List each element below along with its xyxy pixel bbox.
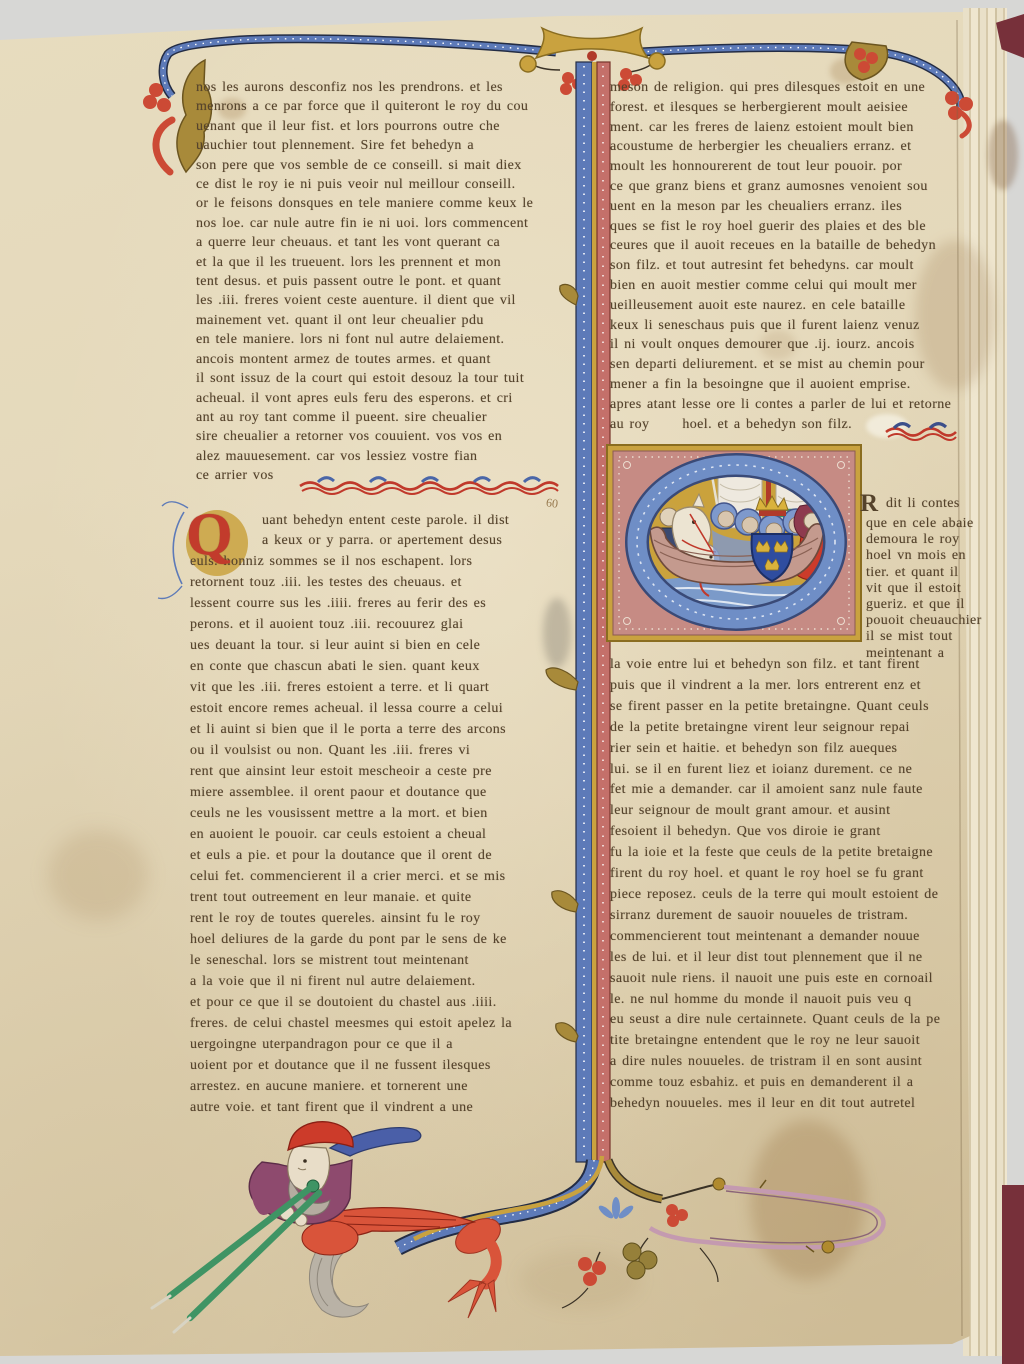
drollery-figure <box>152 1122 474 1332</box>
right-column-text-block-1: meson de religion. qui pres dilesques es… <box>610 78 951 434</box>
left-column-text-block-2: euls. honniz sommes se il nos eschapent.… <box>190 551 512 1118</box>
left-column-text-block-1: nos les aurons desconfiz nos les prendro… <box>196 78 533 486</box>
initial-r: R <box>860 490 878 518</box>
central-bar <box>576 62 610 1162</box>
bottom-vine <box>562 1160 883 1308</box>
decorated-initial-q: Q <box>186 500 233 569</box>
manuscript-photo: nos les aurons desconfiz nos les prendro… <box>0 0 1024 1364</box>
folio-number: 60 <box>545 495 559 512</box>
right-column-text-block-2: la voie entre lui et behedyn son filz. e… <box>610 655 940 1115</box>
right-column-beside-first-line: dit li contes <box>886 496 960 512</box>
miniature-boat-scene <box>606 444 862 642</box>
left-column-initial-lines: uant behedyn entent ceste parole. il dis… <box>262 511 509 551</box>
right-column-beside-miniature: que en cele abaie demoura le roy hoel vn… <box>866 516 982 662</box>
